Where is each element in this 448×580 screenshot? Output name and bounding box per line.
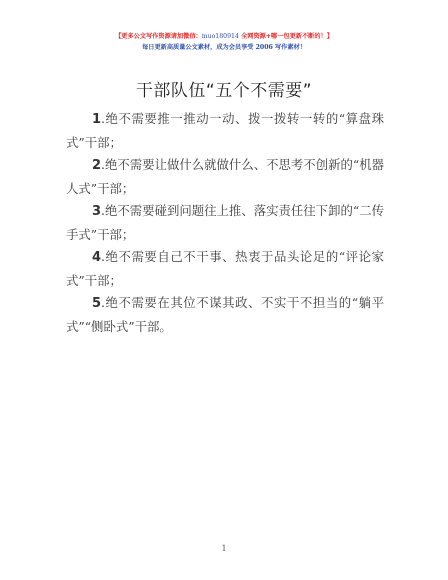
promo-header-line-1: 【更多公文写作资源请加微信：muo180914 全网资源+哪一包更新不断的！】	[0, 31, 448, 40]
item-number: 1	[92, 112, 101, 127]
wechat-id: muo180914	[202, 33, 239, 40]
document-title: 干部队伍“五个不需要”	[0, 76, 448, 101]
item-text: .绝不需要碰到问题往上推、落实责任往下卸的“二传手式”干部；	[66, 203, 384, 242]
item-number: 5	[92, 296, 101, 311]
item-text: .绝不需要推一推动一动、拨一拨转一转的“算盘珠式”干部；	[66, 111, 384, 150]
promo-header-line-2: 每日更新高质量公文素材，成为会员享受 2006 写作素材！	[0, 42, 448, 51]
list-item: 4.绝不需要自己不干事、热衷于品头论足的“评论家式”干部；	[66, 246, 384, 292]
item-number: 4	[92, 250, 101, 265]
item-text: .绝不需要自己不干事、热衷于品头论足的“评论家式”干部；	[66, 249, 384, 288]
item-number: 2	[92, 158, 101, 173]
promo-header-suffix: 全网资源+哪一包更新不断的！】	[239, 33, 333, 40]
document-body: 1.绝不需要推一推动一动、拨一拨转一转的“算盘珠式”干部； 2.绝不需要让做什么…	[66, 108, 384, 338]
promo-header-prefix: 【更多公文写作资源请加微信：	[115, 33, 202, 40]
list-item: 1.绝不需要推一推动一动、拨一拨转一转的“算盘珠式”干部；	[66, 108, 384, 154]
list-item: 5.绝不需要在其位不谋其政、不实干不担当的“躺平式”“侧卧式”干部。	[66, 292, 384, 338]
item-text: .绝不需要在其位不谋其政、不实干不担当的“躺平式”“侧卧式”干部。	[66, 295, 384, 334]
list-item: 3.绝不需要碰到问题往上推、落实责任往下卸的“二传手式”干部；	[66, 200, 384, 246]
item-text: .绝不需要让做什么就做什么、不思考不创新的“机器人式”干部；	[66, 157, 384, 196]
document-page: 【更多公文写作资源请加微信：muo180914 全网资源+哪一包更新不断的！】 …	[0, 0, 448, 580]
list-item: 2.绝不需要让做什么就做什么、不思考不创新的“机器人式”干部；	[66, 154, 384, 200]
page-number: 1	[0, 544, 448, 553]
item-number: 3	[92, 204, 101, 219]
